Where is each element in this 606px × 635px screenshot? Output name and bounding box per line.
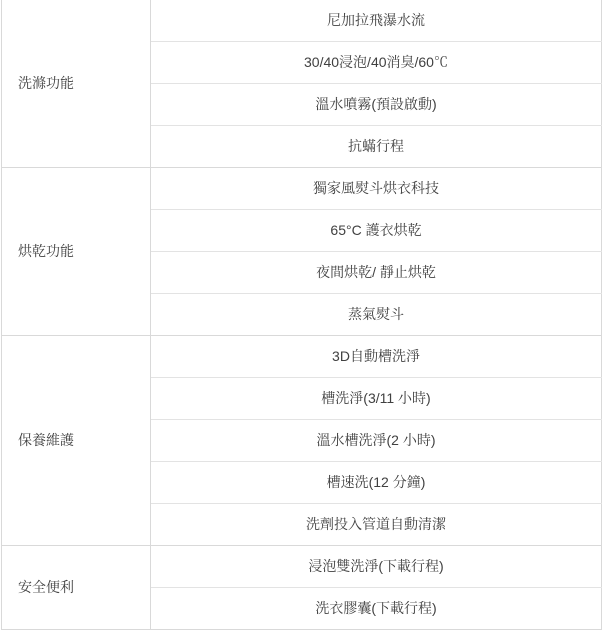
table-row: 保養維護 3D自動槽洗淨 xyxy=(2,336,602,378)
feature-cell: 30/40浸泡/40消臭/60℃ xyxy=(151,42,602,84)
feature-cell: 槽洗淨(3/11 小時) xyxy=(151,378,602,420)
feature-cell: 溫水槽洗淨(2 小時) xyxy=(151,420,602,462)
category-cell-maintenance: 保養維護 xyxy=(2,336,151,546)
feature-cell: 65°C 護衣烘乾 xyxy=(151,210,602,252)
feature-cell: 3D自動槽洗淨 xyxy=(151,336,602,378)
feature-cell: 洗劑投入管道自動清潔 xyxy=(151,504,602,546)
feature-cell: 尼加拉飛瀑水流 xyxy=(151,0,602,42)
category-cell-safety: 安全便利 xyxy=(2,546,151,630)
feature-cell: 夜間烘乾/ 靜止烘乾 xyxy=(151,252,602,294)
table-row: 烘乾功能 獨家風熨斗烘衣科技 xyxy=(2,168,602,210)
feature-cell: 浸泡雙洗淨(下載行程) xyxy=(151,546,602,588)
feature-cell: 獨家風熨斗烘衣科技 xyxy=(151,168,602,210)
feature-cell: 溫水噴霧(預設啟動) xyxy=(151,84,602,126)
category-cell-washing: 洗滌功能 xyxy=(2,0,151,168)
feature-cell: 槽速洗(12 分鐘) xyxy=(151,462,602,504)
feature-cell: 洗衣膠囊(下載行程) xyxy=(151,588,602,630)
table-row: 安全便利 浸泡雙洗淨(下載行程) xyxy=(2,546,602,588)
spec-table: 洗滌功能 尼加拉飛瀑水流 30/40浸泡/40消臭/60℃ 溫水噴霧(預設啟動)… xyxy=(1,0,602,630)
category-cell-drying: 烘乾功能 xyxy=(2,168,151,336)
table-row: 洗滌功能 尼加拉飛瀑水流 xyxy=(2,0,602,42)
feature-cell: 蒸氣熨斗 xyxy=(151,294,602,336)
feature-cell: 抗蟎行程 xyxy=(151,126,602,168)
